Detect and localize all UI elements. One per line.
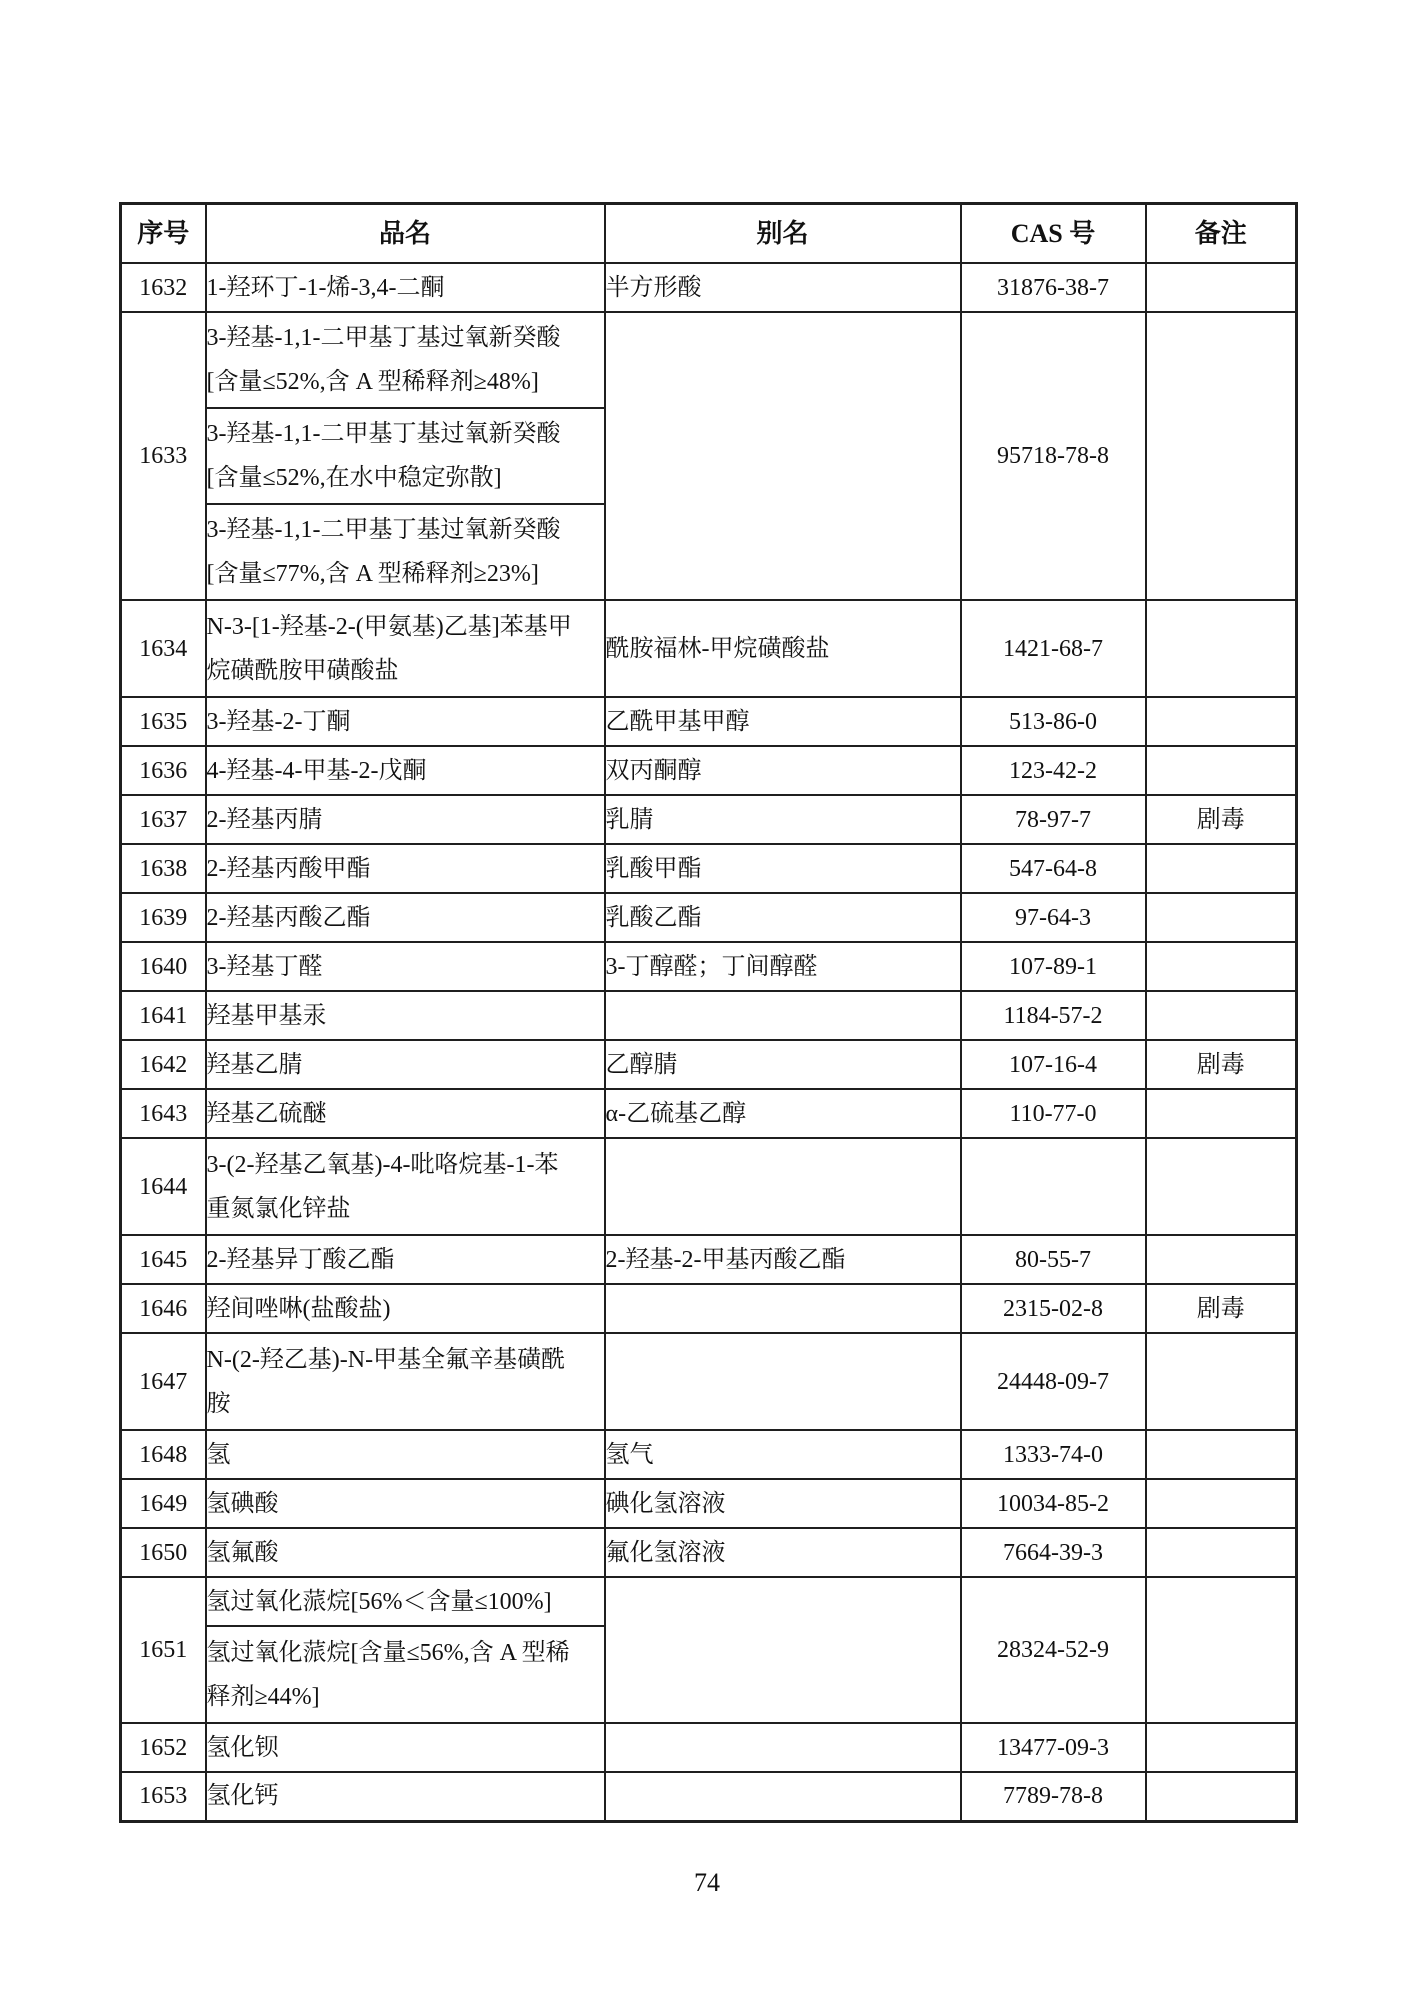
cell-cas: 80-55-7 [961,1235,1146,1284]
table-row: 1637 2-羟基丙腈 乳腈 78-97-7 剧毒 [121,795,1297,844]
cell-no: 1643 [121,1089,206,1138]
cell-remark [1146,600,1297,697]
cell-cas: 95718-78-8 [961,312,1146,600]
table-row: 1634 N-3-[1-羟基-2-(甲氨基)乙基]苯基甲 烷磺酰胺甲磺酸盐 酰胺… [121,600,1297,697]
header-cell-alias: 别名 [605,204,961,264]
cell-no: 1652 [121,1723,206,1772]
cell-cas: 7789-78-8 [961,1772,1146,1821]
cell-alias: 乳腈 [605,795,961,844]
cell-cas [961,1138,1146,1235]
cell-no: 1638 [121,844,206,893]
cell-cas: 547-64-8 [961,844,1146,893]
cell-name: N-3-[1-羟基-2-(甲氨基)乙基]苯基甲 烷磺酰胺甲磺酸盐 [206,600,605,697]
table-row: 1640 3-羟基丁醛 3-丁醇醛；丁间醇醛 107-89-1 [121,942,1297,991]
cell-name: 3-羟基-2-丁酮 [206,697,605,746]
cell-name: 氢化钙 [206,1772,605,1821]
cell-alias: 乙酰甲基甲醇 [605,697,961,746]
cell-remark [1146,1430,1297,1479]
cell-name: 4-羟基-4-甲基-2-戊酮 [206,746,605,795]
cell-alias [605,1772,961,1821]
cell-remark [1146,1528,1297,1577]
cell-alias: 3-丁醇醛；丁间醇醛 [605,942,961,991]
cell-cas: 31876-38-7 [961,263,1146,312]
cell-no: 1642 [121,1040,206,1089]
cell-alias: 酰胺福林-甲烷磺酸盐 [605,600,961,697]
cell-remark [1146,1577,1297,1723]
table-header-row: 序号 品名 别名 CAS 号 备注 [121,204,1297,264]
cell-alias: 乳酸甲酯 [605,844,961,893]
cell-name: 2-羟基丙酸乙酯 [206,893,605,942]
table-row: 1635 3-羟基-2-丁酮 乙酰甲基甲醇 513-86-0 [121,697,1297,746]
cell-alias [605,1577,961,1723]
cell-name: 氢化钡 [206,1723,605,1772]
cell-remark: 剧毒 [1146,795,1297,844]
cell-name: 3-羟基丁醛 [206,942,605,991]
table-row: 1639 2-羟基丙酸乙酯 乳酸乙酯 97-64-3 [121,893,1297,942]
cell-remark [1146,1333,1297,1430]
cell-no: 1645 [121,1235,206,1284]
cell-name: 羟基乙腈 [206,1040,605,1089]
cell-no: 1649 [121,1479,206,1528]
cell-remark [1146,942,1297,991]
cell-name: 2-羟基异丁酸乙酯 [206,1235,605,1284]
cell-cas: 24448-09-7 [961,1333,1146,1430]
cell-name: 2-羟基丙腈 [206,795,605,844]
table-row: 1648 氢 氢气 1333-74-0 [121,1430,1297,1479]
table-row: 1651 氢过氧化蒎烷[56%＜含量≤100%] 28324-52-9 [121,1577,1297,1626]
cell-no: 1650 [121,1528,206,1577]
cell-no: 1633 [121,312,206,600]
cell-cas: 107-89-1 [961,942,1146,991]
cell-alias: 2-羟基-2-甲基丙酸乙酯 [605,1235,961,1284]
cell-alias: 氢气 [605,1430,961,1479]
table-row: 1638 2-羟基丙酸甲酯 乳酸甲酯 547-64-8 [121,844,1297,893]
cell-name: 氢碘酸 [206,1479,605,1528]
cell-remark [1146,1723,1297,1772]
cell-name: 氢氟酸 [206,1528,605,1577]
table-row: 1646 羟间唑啉(盐酸盐) 2315-02-8 剧毒 [121,1284,1297,1333]
cell-name: 3-羟基-1,1-二甲基丁基过氧新癸酸 [含量≤77%,含 A 型稀释剂≥23%… [206,504,605,600]
cell-no: 1648 [121,1430,206,1479]
cell-cas: 123-42-2 [961,746,1146,795]
cell-cas: 10034-85-2 [961,1479,1146,1528]
cell-alias [605,1333,961,1430]
cell-remark [1146,1138,1297,1235]
cell-cas: 107-16-4 [961,1040,1146,1089]
cell-no: 1640 [121,942,206,991]
cell-no: 1634 [121,600,206,697]
cell-no: 1644 [121,1138,206,1235]
cell-remark [1146,893,1297,942]
header-cell-cas: CAS 号 [961,204,1146,264]
cell-no: 1646 [121,1284,206,1333]
cell-cas: 1421-68-7 [961,600,1146,697]
cell-name: 氢过氧化蒎烷[含量≤56%,含 A 型稀 释剂≥44%] [206,1626,605,1723]
cell-alias [605,991,961,1040]
cell-name: N-(2-羟乙基)-N-甲基全氟辛基磺酰 胺 [206,1333,605,1430]
cell-no: 1653 [121,1772,206,1821]
cell-cas: 78-97-7 [961,795,1146,844]
cell-alias [605,1723,961,1772]
cell-cas: 7664-39-3 [961,1528,1146,1577]
table-row: 1650 氢氟酸 氟化氢溶液 7664-39-3 [121,1528,1297,1577]
cell-alias: 氟化氢溶液 [605,1528,961,1577]
page-number: 74 [119,1868,1295,1898]
header-cell-remark: 备注 [1146,204,1297,264]
table-row: 1633 3-羟基-1,1-二甲基丁基过氧新癸酸 [含量≤52%,含 A 型稀释… [121,312,1297,408]
cell-alias: 半方形酸 [605,263,961,312]
cell-remark [1146,746,1297,795]
table-row: 1644 3-(2-羟基乙氧基)-4-吡咯烷基-1-苯 重氮氯化锌盐 [121,1138,1297,1235]
cell-alias: 乙醇腈 [605,1040,961,1089]
cell-no: 1632 [121,263,206,312]
cell-cas: 110-77-0 [961,1089,1146,1138]
cell-name: 3-羟基-1,1-二甲基丁基过氧新癸酸 [含量≤52%,在水中稳定弥散] [206,408,605,504]
table-row: 1642 羟基乙腈 乙醇腈 107-16-4 剧毒 [121,1040,1297,1089]
cell-cas: 1333-74-0 [961,1430,1146,1479]
cell-alias: 双丙酮醇 [605,746,961,795]
table-row: 1653 氢化钙 7789-78-8 [121,1772,1297,1821]
cell-cas: 97-64-3 [961,893,1146,942]
document-page: 序号 品名 别名 CAS 号 备注 1632 1-羟环丁-1-烯-3,4-二酮 … [0,0,1413,2000]
cell-name: 羟间唑啉(盐酸盐) [206,1284,605,1333]
chemicals-table: 序号 品名 别名 CAS 号 备注 1632 1-羟环丁-1-烯-3,4-二酮 … [119,202,1298,1823]
cell-no: 1636 [121,746,206,795]
cell-no: 1641 [121,991,206,1040]
cell-remark: 剧毒 [1146,1040,1297,1089]
table-row: 1645 2-羟基异丁酸乙酯 2-羟基-2-甲基丙酸乙酯 80-55-7 [121,1235,1297,1284]
cell-remark [1146,991,1297,1040]
cell-remark [1146,844,1297,893]
cell-remark [1146,1479,1297,1528]
cell-no: 1635 [121,697,206,746]
cell-remark [1146,1235,1297,1284]
cell-remark [1146,1772,1297,1821]
cell-alias: 乳酸乙酯 [605,893,961,942]
cell-no: 1637 [121,795,206,844]
cell-cas: 13477-09-3 [961,1723,1146,1772]
cell-remark: 剧毒 [1146,1284,1297,1333]
cell-name: 氢过氧化蒎烷[56%＜含量≤100%] [206,1577,605,1626]
cell-no: 1647 [121,1333,206,1430]
cell-alias [605,1138,961,1235]
table-row: 1632 1-羟环丁-1-烯-3,4-二酮 半方形酸 31876-38-7 [121,263,1297,312]
cell-cas: 28324-52-9 [961,1577,1146,1723]
cell-cas: 1184-57-2 [961,991,1146,1040]
cell-alias [605,1284,961,1333]
table-row: 1641 羟基甲基汞 1184-57-2 [121,991,1297,1040]
cell-cas: 2315-02-8 [961,1284,1146,1333]
cell-name: 2-羟基丙酸甲酯 [206,844,605,893]
table-row: 1649 氢碘酸 碘化氢溶液 10034-85-2 [121,1479,1297,1528]
cell-name: 羟基甲基汞 [206,991,605,1040]
cell-remark [1146,697,1297,746]
cell-no: 1639 [121,893,206,942]
cell-remark [1146,1089,1297,1138]
cell-alias [605,312,961,600]
cell-alias: α-乙硫基乙醇 [605,1089,961,1138]
table-row: 1636 4-羟基-4-甲基-2-戊酮 双丙酮醇 123-42-2 [121,746,1297,795]
cell-name: 羟基乙硫醚 [206,1089,605,1138]
cell-alias: 碘化氢溶液 [605,1479,961,1528]
table-row: 1643 羟基乙硫醚 α-乙硫基乙醇 110-77-0 [121,1089,1297,1138]
cell-name: 氢 [206,1430,605,1479]
cell-name: 3-羟基-1,1-二甲基丁基过氧新癸酸 [含量≤52%,含 A 型稀释剂≥48%… [206,312,605,408]
table-row: 1647 N-(2-羟乙基)-N-甲基全氟辛基磺酰 胺 24448-09-7 [121,1333,1297,1430]
cell-cas: 513-86-0 [961,697,1146,746]
header-cell-no: 序号 [121,204,206,264]
cell-name: 3-(2-羟基乙氧基)-4-吡咯烷基-1-苯 重氮氯化锌盐 [206,1138,605,1235]
cell-no: 1651 [121,1577,206,1723]
table-row: 1652 氢化钡 13477-09-3 [121,1723,1297,1772]
cell-remark [1146,263,1297,312]
cell-remark [1146,312,1297,600]
header-cell-name: 品名 [206,204,605,264]
cell-name: 1-羟环丁-1-烯-3,4-二酮 [206,263,605,312]
